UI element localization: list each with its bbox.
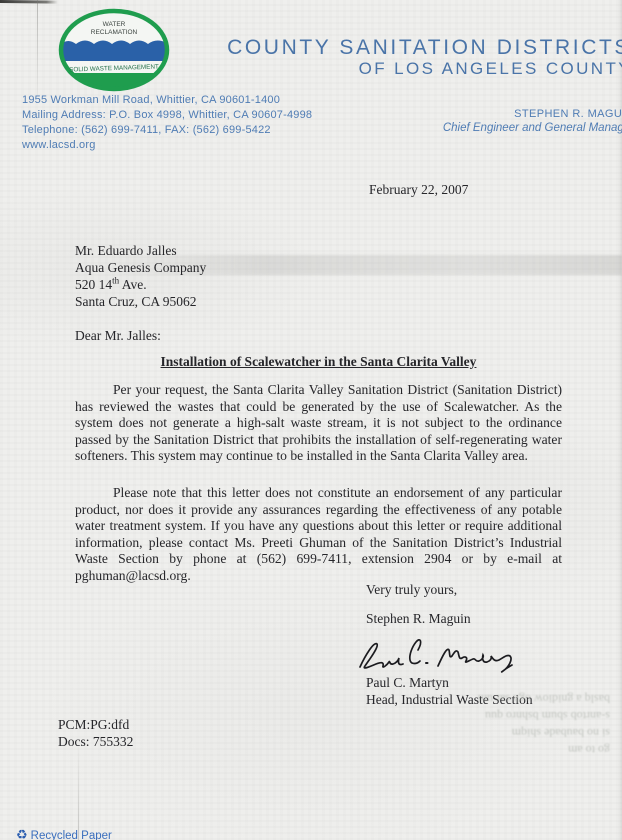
body-paragraph-2: Please note that this letter does not co… — [75, 485, 562, 585]
recipient-city: Santa Cruz, CA 95062 — [75, 293, 206, 310]
letterhead-address-block: 1955 Workman Mill Road, Whittier, CA 906… — [22, 93, 312, 153]
reference-initials: PCM:PG:dfd — [58, 716, 133, 733]
bleedthrough-text: go to am si no baubade shiqm s-anrtob sb… — [395, 690, 610, 758]
recipient-address-block: Mr. Eduardo Jalles Aqua Genesis Company … — [75, 242, 206, 310]
reference-block: PCM:PG:dfd Docs: 755332 — [58, 716, 133, 750]
paper-crease-bottom — [78, 742, 79, 840]
reference-docs-number: Docs: 755332 — [58, 733, 133, 750]
signer-name: Stephen R. Maguin — [366, 611, 471, 627]
address-line-mailing: Mailing Address: P.O. Box 4998, Whittier… — [22, 108, 312, 123]
org-name-line2: OF LOS ANGELES COUNTY — [359, 59, 622, 79]
recipient-street: 520 14th Ave. — [75, 276, 206, 293]
org-name-line1: COUNTY SANITATION DISTRICTS — [227, 36, 622, 60]
recycle-icon: ♻ — [16, 827, 28, 840]
closing-phrase: Very truly yours, — [366, 582, 457, 598]
paper-crease-top — [37, 0, 38, 95]
logo-water-label: WATER — [103, 21, 126, 28]
scanned-letter-page: WATER RECLAMATION SOLID WASTE MANAGEMENT… — [0, 0, 622, 840]
officer-title: Chief Engineer and General Manager — [443, 122, 622, 134]
recipient-name: Mr. Eduardo Jalles — [75, 242, 206, 259]
address-line-street: 1955 Workman Mill Road, Whittier, CA 906… — [22, 93, 312, 108]
subject-line: Installation of Scalewatcher in the Sant… — [75, 354, 562, 370]
recipient-company: Aqua Genesis Company — [75, 259, 206, 276]
signature-image — [352, 633, 527, 679]
body-paragraph-1: Per your request, the Santa Clarita Vall… — [75, 382, 562, 465]
address-line-phone: Telephone: (562) 699-7411, FAX: (562) 69… — [22, 123, 312, 138]
signature-name: Paul C. Martyn — [366, 675, 449, 691]
officer-block: STEPHEN R. MAGUIN Chief Engineer and Gen… — [443, 108, 622, 134]
scan-artifact-top-mark — [0, 0, 58, 4]
salutation: Dear Mr. Jalles: — [75, 328, 161, 344]
address-line-website: www.lacsd.org — [22, 138, 312, 153]
districts-logo-icon: WATER RECLAMATION SOLID WASTE MANAGEMENT — [57, 6, 171, 94]
logo-reclamation-label: RECLAMATION — [91, 29, 138, 36]
letter-date: February 22, 2007 — [369, 182, 468, 198]
recycled-paper-label: Recycled Paper — [31, 830, 112, 840]
officer-name: STEPHEN R. MAGUIN — [443, 108, 622, 120]
recycled-paper-footer: ♻Recycled Paper — [16, 827, 112, 840]
